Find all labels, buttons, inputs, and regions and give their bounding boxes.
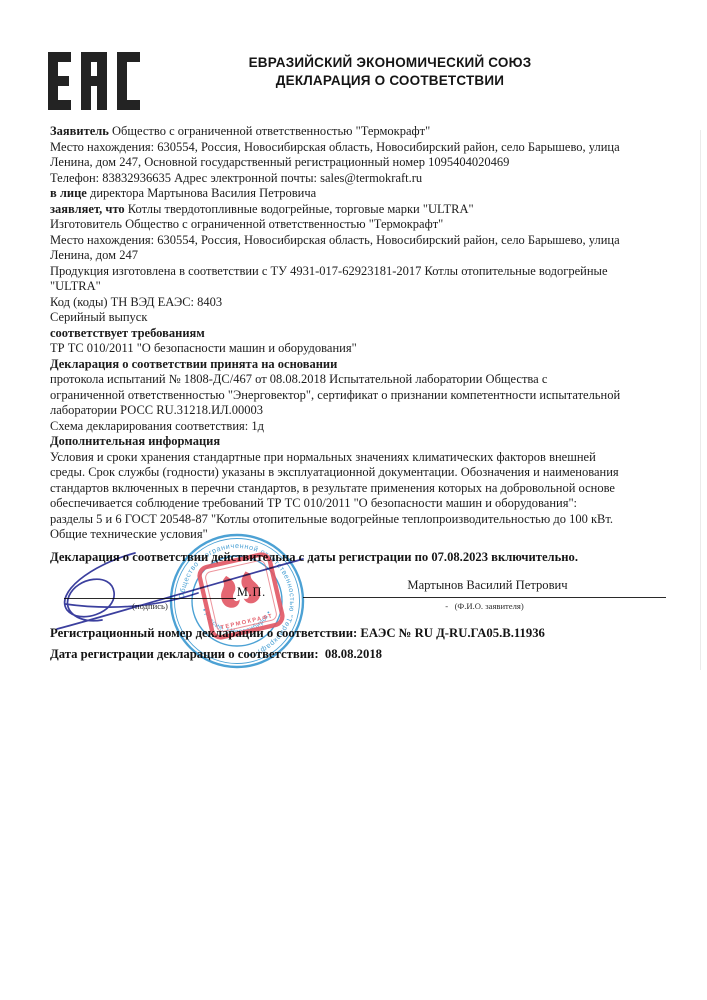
header-union-title: ЕВРАЗИЙСКИЙ ЭКОНОМИЧЕСКИЙ СОЮЗ bbox=[170, 54, 610, 72]
declaration-document-page: ЕВРАЗИЙСКИЙ ЭКОНОМИЧЕСКИЙ СОЮЗ ДЕКЛАРАЦИ… bbox=[0, 0, 707, 1000]
body-line: Изготовитель Общество с ограниченной отв… bbox=[50, 217, 690, 233]
body-line: ТР ТС 010/2011 "О безопасности машин и о… bbox=[50, 341, 690, 357]
body-line: соответствует требованиям bbox=[50, 326, 690, 342]
body-line: Условия и сроки хранения стандартные при… bbox=[50, 450, 690, 466]
applicant-name-line bbox=[303, 597, 666, 598]
body-line: Место нахождения: 630554, Россия, Новоси… bbox=[50, 233, 690, 249]
body-line: Декларация о соответствии принята на осн… bbox=[50, 357, 690, 373]
eac-logo bbox=[48, 52, 140, 110]
header-declaration-title: ДЕКЛАРАЦИЯ О СООТВЕТСТВИИ bbox=[170, 72, 610, 90]
body-line: среды. Срок службы (годности) указаны в … bbox=[50, 465, 690, 481]
body-line: лаборатории РОСС RU.31218.ИЛ.00003 bbox=[50, 403, 690, 419]
body-line: Дополнительная информация bbox=[50, 434, 690, 450]
body-line: ограниченной ответственностью "Энерговек… bbox=[50, 388, 690, 404]
body-line: Продукция изготовлена в соответствии с Т… bbox=[50, 264, 690, 280]
document-header: ЕВРАЗИЙСКИЙ ЭКОНОМИЧЕСКИЙ СОЮЗ ДЕКЛАРАЦИ… bbox=[170, 54, 610, 89]
body-line: Ленина, дом 247 bbox=[50, 248, 690, 264]
body-line: Серийный выпуск bbox=[50, 310, 690, 326]
body-line: Код (коды) ТН ВЭД ЕАЭС: 8403 bbox=[50, 295, 690, 311]
body-line: Схема декларирования соответствия: 1д bbox=[50, 419, 690, 435]
body-line: обеспечивается соблюдение требований ТР … bbox=[50, 496, 690, 512]
body-line: протокола испытаний № 1808-ДС/467 от 08.… bbox=[50, 372, 690, 388]
body-line: разделы 5 и 6 ГОСТ 20548-87 "Котлы отопи… bbox=[50, 512, 690, 528]
applicant-name: Мартынов Василий Петрович bbox=[310, 578, 665, 593]
body-line: Телефон: 83832936635 Адрес электронной п… bbox=[50, 171, 690, 187]
body-line: Заявитель Общество с ограниченной ответс… bbox=[50, 124, 690, 140]
body-line: Ленина, дом 247, Основной государственны… bbox=[50, 155, 690, 171]
registration-date-line: Дата регистрации декларации о соответств… bbox=[50, 647, 690, 662]
body-lines: Заявитель Общество с ограниченной ответс… bbox=[50, 124, 690, 543]
body-line: в лице директора Мартынова Василия Петро… bbox=[50, 186, 690, 202]
body-line: заявляет, что Котлы твердотопливные водо… bbox=[50, 202, 690, 218]
applicant-name-caption: - (Ф.И.О. заявителя) bbox=[303, 601, 666, 611]
signature-scribble bbox=[35, 533, 325, 643]
body-line: стандартов включенных в перечни стандарт… bbox=[50, 481, 690, 497]
body-line: Место нахождения: 630554, Россия, Новоси… bbox=[50, 140, 690, 156]
scan-artifact-line bbox=[700, 130, 701, 670]
body-line: "ULTRA" bbox=[50, 279, 690, 295]
